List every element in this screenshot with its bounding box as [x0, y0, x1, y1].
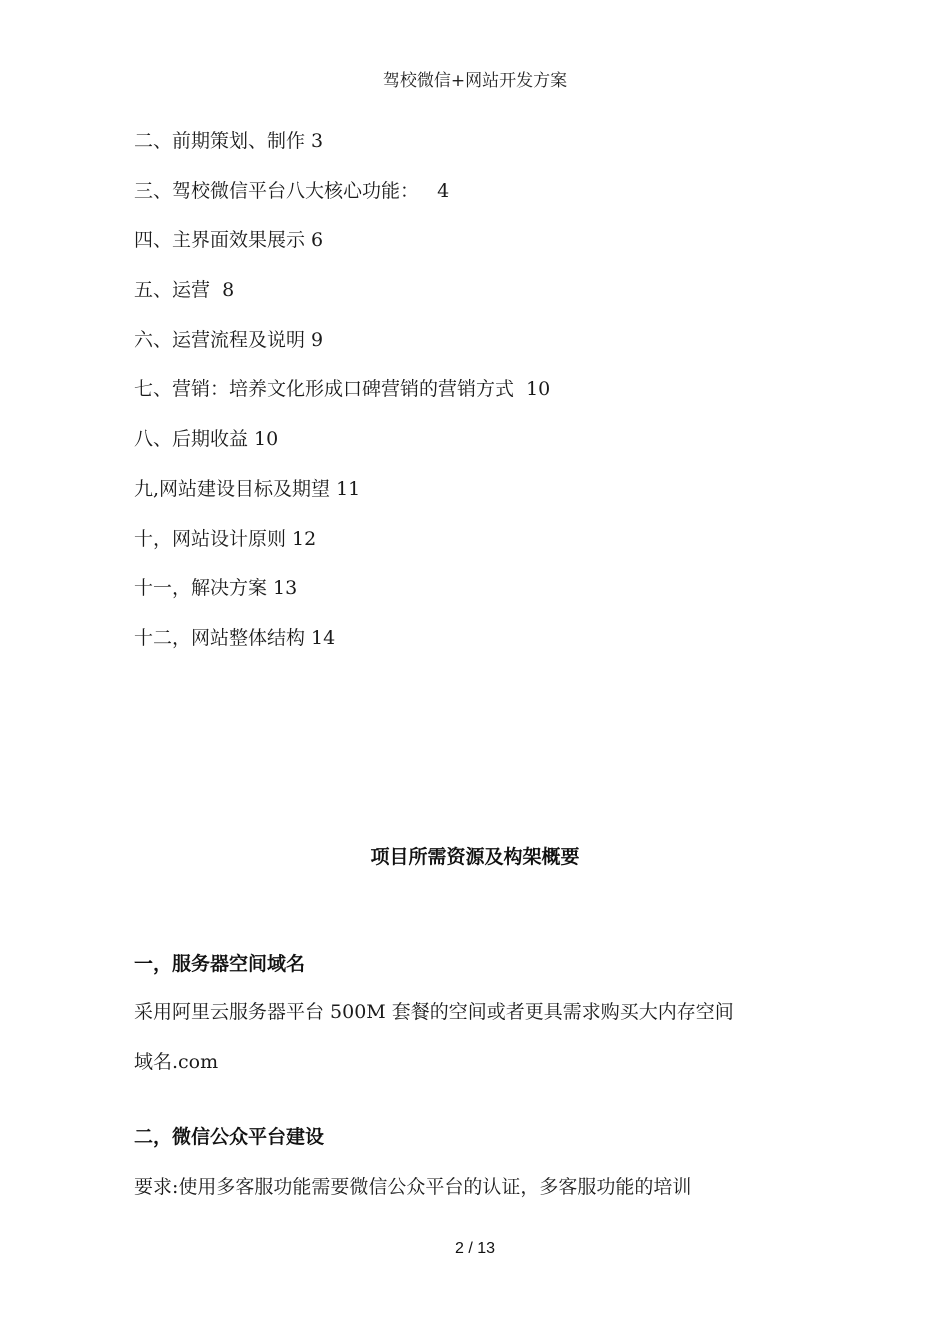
toc-item[interactable]: 九,网站建设目标及期望 11: [134, 474, 550, 524]
section-heading-wechat-platform: 二，微信公众平台建设: [134, 1122, 324, 1149]
paragraph-domain: 域名.com: [134, 1047, 218, 1074]
document-header-title: 驾校微信+网站开发方案: [0, 66, 950, 91]
toc-item[interactable]: 七、营销：培养文化形成口碑营销的营销方式 10: [134, 374, 550, 424]
toc-item[interactable]: 三、驾校微信平台八大核心功能： 4: [134, 176, 550, 226]
paragraph-server-plan: 采用阿里云服务器平台 500M 套餐的空间或者更具需求购买大内存空间: [134, 997, 734, 1024]
toc-item[interactable]: 八、后期收益 10: [134, 424, 550, 474]
toc-item[interactable]: 六、运营流程及说明 9: [134, 325, 550, 375]
table-of-contents: 二、前期策划、制作 3 三、驾校微信平台八大核心功能： 4 四、主界面效果展示 …: [134, 126, 550, 673]
toc-item[interactable]: 四、主界面效果展示 6: [134, 225, 550, 275]
toc-item[interactable]: 五、运营 8: [134, 275, 550, 325]
section-heading-server-domain: 一，服务器空间域名: [134, 949, 305, 976]
paragraph-wechat-requirements: 要求:使用多客服功能需要微信公众平台的认证，多客服功能的培训: [134, 1172, 691, 1199]
section-title: 项目所需资源及构架概要: [0, 842, 950, 869]
toc-item[interactable]: 十二，网站整体结构 14: [134, 623, 550, 673]
toc-item[interactable]: 十一，解决方案 13: [134, 573, 550, 623]
toc-item[interactable]: 十，网站设计原则 12: [134, 524, 550, 574]
page-number: 2 / 13: [0, 1240, 950, 1258]
toc-item[interactable]: 二、前期策划、制作 3: [134, 126, 550, 176]
